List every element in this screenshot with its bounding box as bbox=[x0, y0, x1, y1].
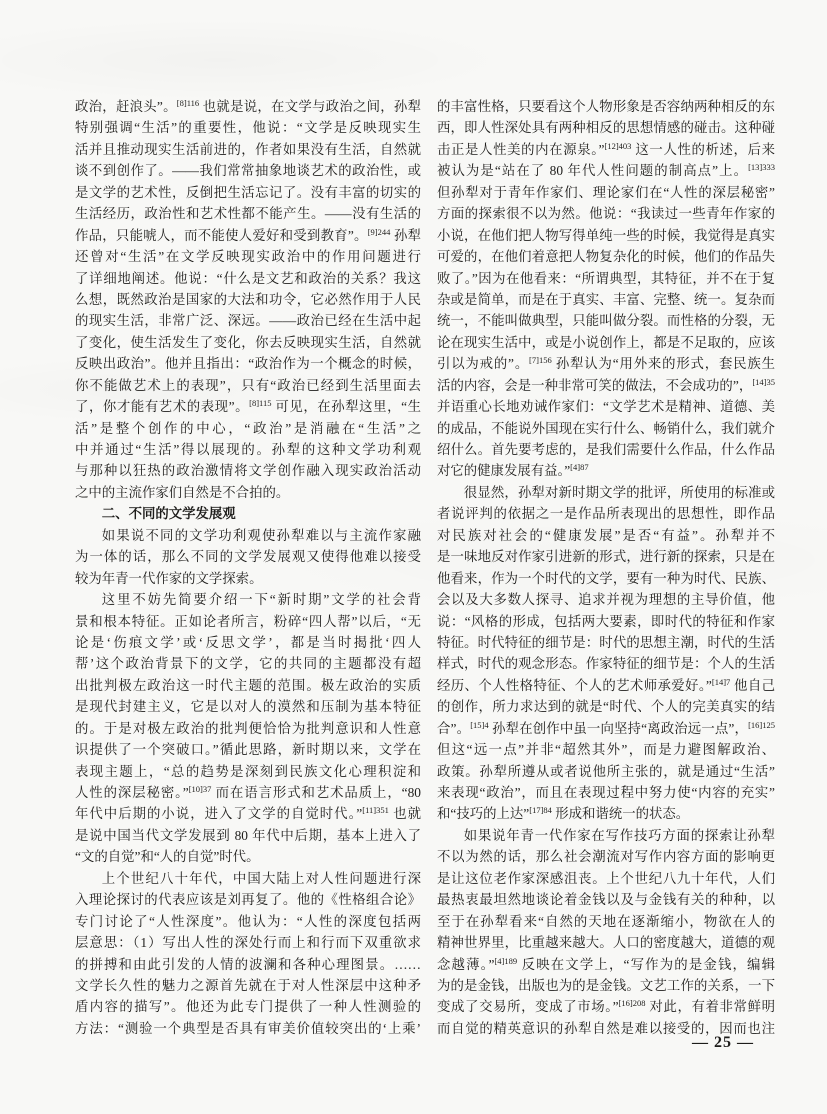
citation-ref: [17]84 bbox=[529, 805, 552, 815]
text-line: 作品，只能唬人，而不能使人爱好和受到教育”。[9]244 孙犁 bbox=[75, 225, 421, 246]
text-line: 西，即人性深处具有两种相反的思想情感的碰击。这种碰 bbox=[437, 117, 775, 138]
text-line: 杂或是简单，而是在于真实、丰富、完整、统一。复杂而不 bbox=[437, 289, 775, 310]
text-line: “文的自觉”和“人的自觉”时代。 bbox=[75, 846, 421, 867]
text-line: 但孙犁对于青年作家们、理论家们在“人性的深层秘密” bbox=[437, 182, 775, 203]
text-line: 为的是金钱，出版也为的是金钱。文艺工作的关系，一下 bbox=[437, 975, 775, 996]
text-line: 绍什么。首先要考虑的，是我们需要什么作品，什么作品 bbox=[437, 439, 775, 460]
text-line: 较为年青一代作家的文学探索。 bbox=[75, 568, 421, 589]
text-line: 并语重心长地劝诫作家们：“文学艺术是精神、道德、美学 bbox=[437, 396, 775, 417]
text-line: 识提供了一个突破口。”循此思路，新时期以来，文学在 bbox=[75, 739, 421, 760]
text-line: 他看来，作为一个时代的文学，要有一种为时代、民族、社 bbox=[437, 568, 775, 589]
citation-ref: [15]4 bbox=[470, 720, 488, 730]
text-line: 和“技巧的上达”[17]84 形成和谐统一的状态。 bbox=[437, 803, 775, 824]
text-line: 还曾对“生活”在文学反映现实政治中的作用问题进行 bbox=[75, 246, 421, 267]
text-line: 变成了交易所，变成了市场。”[16]208 对此，有着非常鲜明 bbox=[437, 996, 775, 1017]
text-line: 论在现实生活中，或是小说创作上，都是不足取的，应该 bbox=[437, 332, 775, 353]
left-text-column: 政治，赶浪头”。[8]116 也就是说，在文学与政治之间，孙犁特别强调“生活”的… bbox=[75, 96, 421, 1039]
citation-ref: [8]116 bbox=[177, 98, 199, 108]
text-line: 表现主题上，“总的趋势是深刻到民族文化心理积淀和 bbox=[75, 761, 421, 782]
text-line: 对它的健康发展有益。”[4]87 bbox=[437, 460, 775, 481]
section-heading: 二、不同的文学发展观 bbox=[75, 503, 421, 524]
text-line: 很显然，孙犁对新时期文学的批评，所使用的标准或 bbox=[437, 482, 775, 503]
text-line: 如果说年青一代作家在写作技巧方面的探索让孙犁 bbox=[437, 825, 775, 846]
scanned-journal-page: 政治，赶浪头”。[8]116 也就是说，在文学与政治之间，孙犁特别强调“生活”的… bbox=[0, 0, 827, 1114]
text-line: 的创作，所力求达到的就是“时代、个人的完美真实的结 bbox=[437, 696, 775, 717]
text-line: 是让这位老作家深感沮丧。上个世纪八九十年代，人们 bbox=[437, 868, 775, 889]
citation-ref: [4]189 bbox=[494, 956, 517, 966]
text-line: 入理论探讨的代表应该是刘再复了。他的《性格组合论》 bbox=[75, 889, 421, 910]
text-line: 政治，赶浪头”。[8]116 也就是说，在文学与政治之间，孙犁 bbox=[75, 96, 421, 117]
text-line: 败了。”因为在他看来：“所谓典型，其特征，并不在于复 bbox=[437, 268, 775, 289]
text-line: 活并且推动现实生活前进的，作者如果没有生活，自然就 bbox=[75, 139, 421, 160]
text-line: 击正是人性美的内在源泉。”[12]403 这一人性的析述，后来 bbox=[437, 139, 775, 160]
text-line: 至于在孙犁看来“自然的天地在逐渐缩小，物欲在人的 bbox=[437, 911, 775, 932]
text-line: 之中的主流作家们自然是不合拍的。 bbox=[75, 482, 421, 503]
text-line: 盾内容的描写”。他还为此专门提供了一种人性测验的 bbox=[75, 996, 421, 1017]
text-line: 特别强调“生活”的重要性，他说：“文学是反映现实生 bbox=[75, 117, 421, 138]
text-line: 精神世界里，比重越来越大。人口的密度越大，道德的观 bbox=[437, 932, 775, 953]
text-line: 文学长久性的魅力之源首先就在于对人性深层中这种矛 bbox=[75, 975, 421, 996]
text-line: 的成品，不能说外国现在实行什么、畅销什么，我们就介 bbox=[437, 418, 775, 439]
text-line: 了变化，使生活发生了变化，你去反映现实生活，自然就 bbox=[75, 332, 421, 353]
text-line: 经历、个人性格特征、个人的艺术师承爱好。”[14]7 他自己 bbox=[437, 675, 775, 696]
text-line: 这里不妨先简要介绍一下“新时期”文学的社会背 bbox=[75, 589, 421, 610]
text-line: 可爱的，在他们着意把人物复杂化的时候，他们的作品失 bbox=[437, 246, 775, 267]
text-line: 了详细地阐述。他说：“什么是文艺和政治的关系？我这 bbox=[75, 268, 421, 289]
right-text-column: 的丰富性格，只要看这个人物形象是否容纳两种相反的东西，即人性深处具有两种相反的思… bbox=[437, 96, 775, 1039]
text-line: 论是‘伤痕文学’或‘反思文学’，都是当时揭批‘四人 bbox=[75, 632, 421, 653]
text-line: 谈不到创作了。——我们常常抽象地谈艺术的政治性，或 bbox=[75, 160, 421, 181]
text-line: 的现实生活，非常广泛、深远。——政治已经在生活中起 bbox=[75, 310, 421, 331]
text-line: 政策。孙犁所遵从或者说他所主张的，就是通过“生活” bbox=[437, 761, 775, 782]
citation-ref: [14]35 bbox=[752, 377, 775, 387]
text-line: 是说中国当代文学发展到 80 年代中后期，基本上进入了 bbox=[75, 825, 421, 846]
text-line: 上个世纪八十年代，中国大陆上对人性问题进行深 bbox=[75, 868, 421, 889]
text-line: 你不能做艺术上的表现”，只有“政治已经到生活里面去 bbox=[75, 375, 421, 396]
citation-ref: [7]156 bbox=[529, 355, 552, 365]
text-line: 不以为然的话，那么社会潮流对写作内容方面的影响更 bbox=[437, 846, 775, 867]
citation-ref: [12]403 bbox=[605, 141, 632, 151]
text-line: 专门讨论了“人性深度”。他认为：“人性的深度包括两 bbox=[75, 911, 421, 932]
text-line: 特征。时代特征的细节是：时代的思想主潮，时代的生活 bbox=[437, 632, 775, 653]
text-line: 但这“远一点”并非“超然其外”，而是力避图解政治、 bbox=[437, 739, 775, 760]
text-line: 了，你才能有艺术的表现”。[8]115 可见，在孙犁这里，“生 bbox=[75, 396, 421, 417]
text-line: 么想，既然政治是国家的大法和功令，它必然作用于人民 bbox=[75, 289, 421, 310]
text-line: 为一体的话，那么不同的文学发展观又使得他难以接受 bbox=[75, 546, 421, 567]
text-line: 样式，时代的观念形态。作家特征的细节是：个人的生活 bbox=[437, 653, 775, 674]
text-line: 生活经历，政治性和艺术性都不能产生。——没有生活的 bbox=[75, 203, 421, 224]
citation-ref: [10]37 bbox=[189, 784, 212, 794]
text-line: 说：“风格的形成，包括两大要素，即时代的特征和作家的 bbox=[437, 611, 775, 632]
citation-ref: [16]208 bbox=[619, 998, 646, 1008]
text-line: 会以及大多数人探寻、追求并视为理想的主导价值，他 bbox=[437, 589, 775, 610]
text-line: 的丰富性格，只要看这个人物形象是否容纳两种相反的东 bbox=[437, 96, 775, 117]
text-line: 活”是整个创作的中心，“政治”是消融在“生活”之 bbox=[75, 418, 421, 439]
text-line: 合”。[15]4 孙犁在创作中虽一向坚持“离政治远一点”，[16]125 bbox=[437, 718, 775, 739]
text-line: 的拼搏和由此引发的人情的波澜和各种心理图景。…… bbox=[75, 954, 421, 975]
text-line: 是一味地反对作家引进新的形式，进行新的探索，只是在 bbox=[437, 546, 775, 567]
text-line: 人性的深层秘密。”[10]37 而在语言形式和艺术品质上，“80 bbox=[75, 782, 421, 803]
text-line: 中并通过“生活”得以展现的。孙犁的这种文学功利观 bbox=[75, 439, 421, 460]
citation-ref: [16]125 bbox=[748, 720, 775, 730]
text-line: 方法：“测验一个典型是否具有审美价值较突出的‘上乘’ bbox=[75, 1018, 421, 1039]
text-line: 是文学的艺术性，反倒把生活忘记了。没有丰富的切实的 bbox=[75, 182, 421, 203]
text-line: 出批判极左政治这一时代主题的范围。极左政治的实质 bbox=[75, 675, 421, 696]
text-line: 反映出政治”。他并且指出：“政治作为一个概念的时候， bbox=[75, 353, 421, 374]
citation-ref: [14]7 bbox=[712, 677, 730, 687]
page-number: — 25 — bbox=[683, 1034, 763, 1052]
text-line: 与那种以狂热的政治激情将文学创作融入现实政治活动 bbox=[75, 460, 421, 481]
text-line: 者说评判的依据之一是作品所表现出的思想性，即作品 bbox=[437, 503, 775, 524]
text-line: 念越薄。”[4]189 反映在文学上，“写作为的是金钱，编辑 bbox=[437, 954, 775, 975]
text-line: 对民族对社会的“健康发展”是否“有益”。孙犁并不 bbox=[437, 525, 775, 546]
text-line: 景和根本特征。正如论者所言，粉碎“四人帮”以后，“无 bbox=[75, 611, 421, 632]
text-line: 是现代封建主义，它是以对人的漠然和压制为基本特征 bbox=[75, 696, 421, 717]
text-line: 统一，不能叫做典型，只能叫做分裂。而性格的分裂，无 bbox=[437, 310, 775, 331]
text-line: 小说，在他们把人物写得单纯一些的时候，我觉得是真实 bbox=[437, 225, 775, 246]
text-line: 方面的探索很不以为然。他说：“我读过一些青年作家的 bbox=[437, 203, 775, 224]
citation-ref: [9]244 bbox=[368, 227, 391, 237]
text-line: 如果说不同的文学功利观使孙犁难以与主流作家融 bbox=[75, 525, 421, 546]
text-line: 被认为是“站在了 80 年代人性问题的制高点”上。[13]333 bbox=[437, 160, 775, 181]
text-line: 年代中后期的小说，进入了文学的自觉时代。”[11]351 也就 bbox=[75, 803, 421, 824]
text-line: 来表现“政治”，而且在表现过程中努力使“内容的充实” bbox=[437, 782, 775, 803]
citation-ref: [8]115 bbox=[249, 398, 271, 408]
text-line: 引以为戒的”。[7]156 孙犁认为“用外来的形式，套民族生 bbox=[437, 353, 775, 374]
text-line: 层意思：（1）写出人性的深处行而上和行而下双重欲求 bbox=[75, 932, 421, 953]
citation-ref: [11]351 bbox=[362, 805, 389, 815]
text-line: 的。于是对极左政治的批判便恰恰为批判意识和人性意 bbox=[75, 718, 421, 739]
citation-ref: [13]333 bbox=[748, 162, 775, 172]
text-line: 最热衷最坦然地谈论着金钱以及与金钱有关的种种，以 bbox=[437, 889, 775, 910]
citation-ref: [4]87 bbox=[570, 462, 588, 472]
text-line: 活的内容，会是一种非常可笑的做法，不会成功的”，[14]35 bbox=[437, 375, 775, 396]
text-line: 帮’这个政治背景下的文学，它的共同的主题都没有超 bbox=[75, 653, 421, 674]
